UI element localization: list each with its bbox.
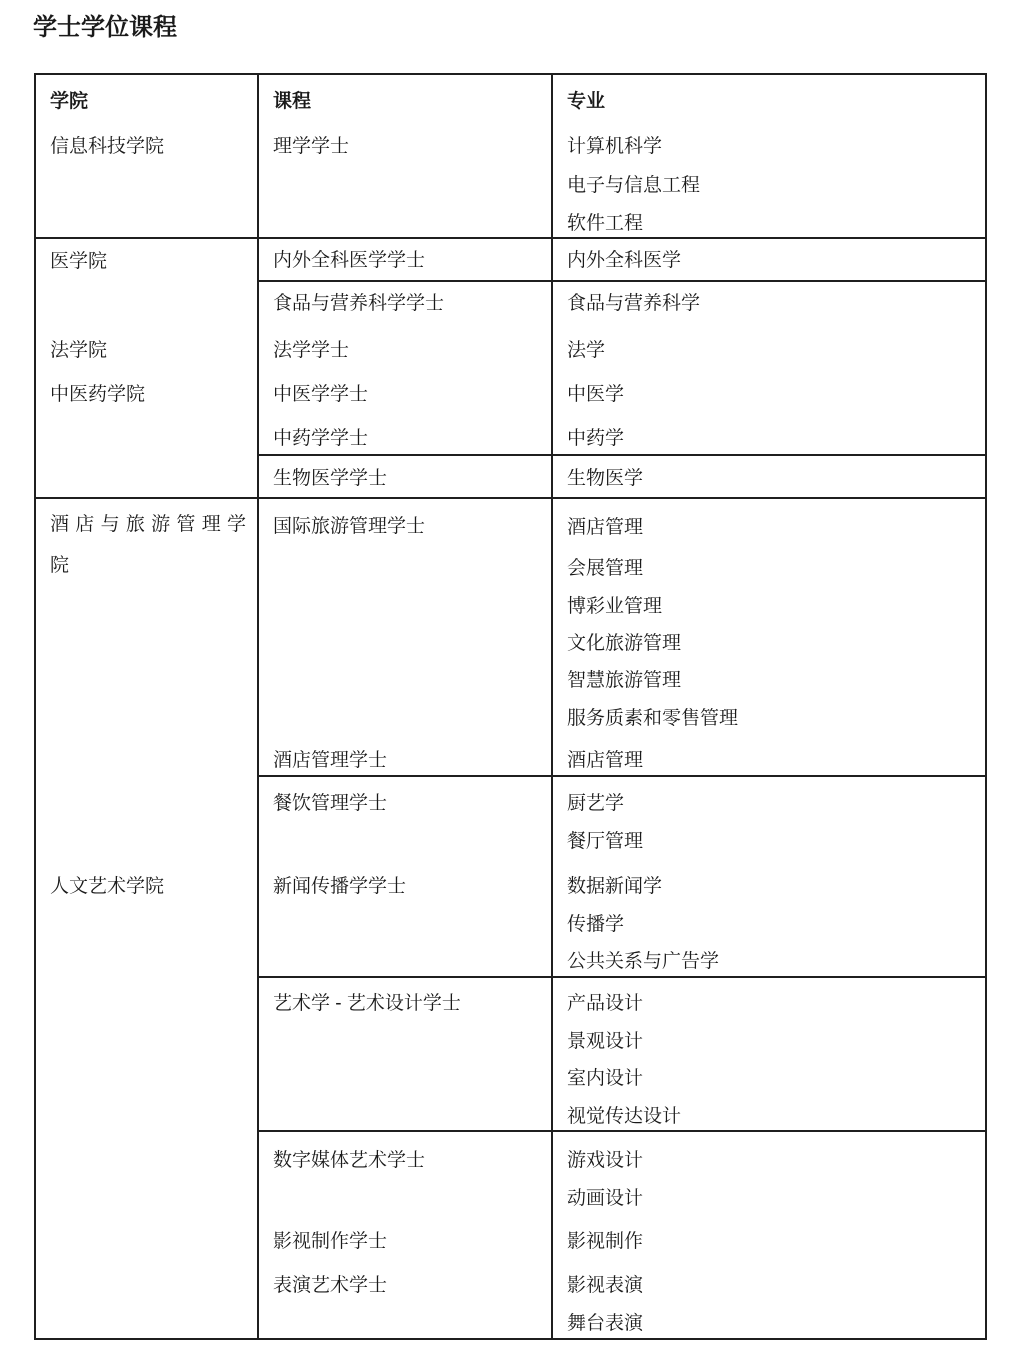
major-name: 游戏设计	[567, 1149, 643, 1172]
program-name: 内外全科医学学士	[273, 249, 425, 272]
major-name: 景观设计	[567, 1030, 643, 1053]
table-row: 学院 信息科技学院 课程 理学学士 专业 计算机科学 电子与信息工程 软件工程	[35, 74, 986, 238]
program-name: 酒店管理学士	[273, 749, 387, 772]
major-name: 产品设计	[567, 992, 643, 1015]
major-name: 生物医学	[567, 467, 643, 490]
major-cell: 食品与营养科学 法学 中医学 中药学	[552, 281, 986, 455]
major-name: 数据新闻学	[567, 875, 662, 898]
major-name: 公共关系与广告学	[567, 950, 719, 973]
major-name: 影视制作	[567, 1230, 643, 1253]
column-header-college: 学院	[50, 90, 88, 113]
program-name: 影视制作学士	[273, 1230, 387, 1253]
major-name: 法学	[567, 339, 605, 362]
major-name: 计算机科学	[567, 135, 662, 158]
program-cell: 艺术学 - 艺术设计学士	[258, 977, 552, 1131]
major-name: 博彩业管理	[567, 595, 662, 618]
program-name: 理学学士	[273, 135, 349, 158]
major-cell: 产品设计 景观设计 室内设计 视觉传达设计	[552, 977, 986, 1131]
major-name: 内外全科医学	[567, 249, 681, 272]
major-name: 室内设计	[567, 1067, 643, 1090]
major-name: 影视表演	[567, 1274, 643, 1297]
college-name: 信息科技学院	[50, 135, 164, 158]
program-name: 艺术学 - 艺术设计学士	[273, 992, 461, 1015]
major-name: 厨艺学	[567, 792, 624, 815]
column-header-major: 专业	[567, 90, 605, 113]
program-cell: 国际旅游管理学士 酒店管理学士	[258, 498, 552, 776]
program-cell: 食品与营养科学学士 法学学士 中医学学士 中药学学士	[258, 281, 552, 455]
college-name: 法学院	[50, 339, 107, 362]
major-name: 文化旅游管理	[567, 632, 681, 655]
program-cell: 餐饮管理学士 新闻传播学学士	[258, 776, 552, 977]
college-name: 院	[50, 554, 69, 577]
major-name: 中医学	[567, 383, 624, 406]
page-title: 学士学位课程	[33, 14, 177, 42]
program-name: 数字媒体艺术学士	[273, 1149, 425, 1172]
major-name: 软件工程	[567, 212, 643, 235]
program-name: 食品与营养科学学士	[273, 292, 444, 315]
program-name: 表演艺术学士	[273, 1274, 387, 1297]
program-cell: 生物医学学士	[258, 455, 552, 498]
program-name: 中医学学士	[273, 383, 368, 406]
major-name: 服务质素和零售管理	[567, 707, 738, 730]
degree-programs-table: 学院 信息科技学院 课程 理学学士 专业 计算机科学 电子与信息工程 软件工程 …	[34, 73, 987, 1340]
major-cell: 厨艺学 餐厅管理 数据新闻学 传播学 公共关系与广告学	[552, 776, 986, 977]
column-header-program: 课程	[273, 90, 311, 113]
table-row: 酒店与旅游管理学 院 人文艺术学院 国际旅游管理学士 酒店管理学士 酒店管理 会…	[35, 498, 986, 776]
program-name: 中药学学士	[273, 427, 368, 450]
college-name: 医学院	[50, 250, 107, 273]
major-cell: 生物医学	[552, 455, 986, 498]
table-row: 医学院 法学院 中医药学院 内外全科医学学士 内外全科医学	[35, 238, 986, 281]
major-name: 食品与营养科学	[567, 292, 700, 315]
college-cell: 酒店与旅游管理学 院 人文艺术学院	[35, 498, 258, 1339]
college-name: 酒店与旅游管理学	[50, 513, 246, 536]
college-name: 中医药学院	[50, 383, 145, 406]
major-name: 会展管理	[567, 557, 643, 580]
major-name: 智慧旅游管理	[567, 669, 681, 692]
program-name: 餐饮管理学士	[273, 792, 387, 815]
college-cell: 学院 信息科技学院	[35, 74, 258, 238]
college-name: 人文艺术学院	[50, 875, 164, 898]
program-name: 新闻传播学学士	[273, 875, 406, 898]
major-name: 餐厅管理	[567, 830, 643, 853]
document-page: 学士学位课程 学院 信息科技学院 课程 理学学士 专业 计算机科学 电子与信息工…	[0, 0, 1022, 1364]
college-cell: 医学院 法学院 中医药学院	[35, 238, 258, 498]
major-cell: 内外全科医学	[552, 238, 986, 281]
program-name: 生物医学学士	[273, 467, 387, 490]
program-name: 国际旅游管理学士	[273, 515, 425, 538]
major-cell: 游戏设计 动画设计 影视制作 影视表演 舞台表演	[552, 1131, 986, 1339]
program-name: 法学学士	[273, 339, 349, 362]
program-cell: 课程 理学学士	[258, 74, 552, 238]
program-cell: 内外全科医学学士	[258, 238, 552, 281]
major-name: 酒店管理	[567, 749, 643, 772]
major-name: 酒店管理	[567, 516, 643, 539]
major-name: 视觉传达设计	[567, 1105, 681, 1128]
major-name: 舞台表演	[567, 1312, 643, 1335]
program-cell: 数字媒体艺术学士 影视制作学士 表演艺术学士	[258, 1131, 552, 1339]
major-name: 中药学	[567, 427, 624, 450]
major-name: 动画设计	[567, 1187, 643, 1210]
major-cell: 酒店管理 会展管理 博彩业管理 文化旅游管理 智慧旅游管理 服务质素和零售管理 …	[552, 498, 986, 776]
major-name: 传播学	[567, 913, 624, 936]
major-name: 电子与信息工程	[567, 174, 700, 197]
major-cell: 专业 计算机科学 电子与信息工程 软件工程	[552, 74, 986, 238]
